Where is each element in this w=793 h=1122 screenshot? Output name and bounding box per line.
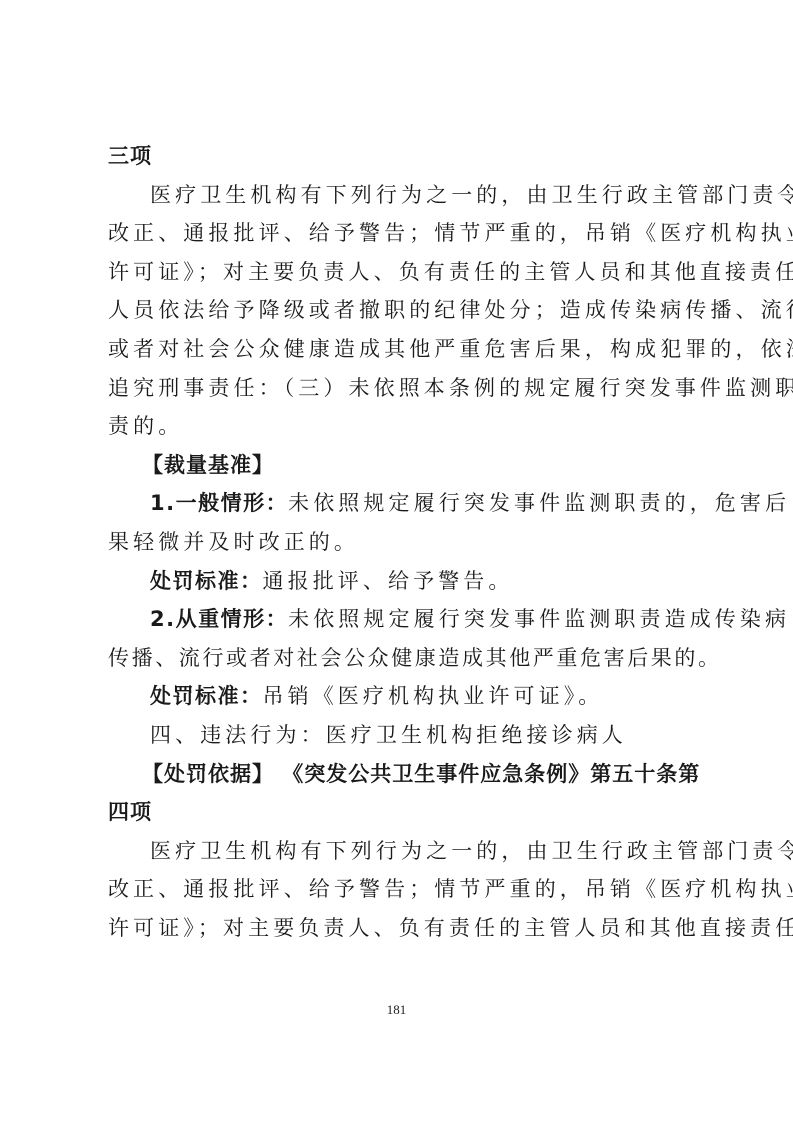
paragraph-line: 许可证》；对主要负责人、负有责任的主管人员和其他直接责任 — [108, 253, 692, 292]
paragraph-line: 或者对社会公众健康造成其他严重危害后果，构成犯罪的，依法 — [108, 330, 692, 369]
paragraph-line: 许可证》；对主要负责人、负有责任的主管人员和其他直接责任 — [108, 909, 692, 948]
penalty-standard-aggravated: 处罚标准：吊销《医疗机构执业许可证》。 — [108, 677, 692, 716]
page-number: 181 — [0, 1002, 793, 1018]
penalty-standard-label: 处罚标准： — [150, 684, 263, 708]
violation-item-four: 四、违法行为：医疗卫生机构拒绝接诊病人 — [108, 716, 692, 755]
paragraph-line: 果轻微并及时改正的。 — [108, 523, 692, 562]
general-case-label: 1.一般情形： — [150, 491, 288, 515]
penalty-standard-text: 通报批评、给予警告。 — [263, 569, 514, 593]
penalty-standard-general: 处罚标准：通报批评、给予警告。 — [108, 562, 692, 601]
document-page: 三项 医疗卫生机构有下列行为之一的，由卫生行政主管部门责令 改正、通报批评、给予… — [108, 137, 692, 947]
aggravated-case-label: 2.从重情形： — [150, 607, 288, 631]
heading-continuation: 三项 — [108, 137, 692, 176]
general-case-text: 未依照规定履行突发事件监测职责的，危害后 — [288, 491, 790, 515]
paragraph-line: 责的。 — [108, 407, 692, 446]
aggravated-case-paragraph: 2.从重情形：未依照规定履行突发事件监测职责造成传染病 传播、流行或者对社会公众… — [108, 600, 692, 677]
paragraph-line: 追究刑事责任：（三）未依照本条例的规定履行突发事件监测职 — [108, 369, 692, 408]
aggravated-case-text: 未依照规定履行突发事件监测职责造成传染病 — [288, 607, 790, 631]
paragraph-line: 医疗卫生机构有下列行为之一的，由卫生行政主管部门责令 — [108, 176, 692, 215]
paragraph-line: 传播、流行或者对社会公众健康造成其他严重危害后果的。 — [108, 639, 692, 678]
paragraph-article-text-2: 医疗卫生机构有下列行为之一的，由卫生行政主管部门责令 改正、通报批评、给予警告；… — [108, 832, 692, 948]
paragraph-line: 改正、通报批评、给予警告；情节严重的，吊销《医疗机构执业 — [108, 870, 692, 909]
paragraph-line: 2.从重情形：未依照规定履行突发事件监测职责造成传染病 — [108, 600, 692, 639]
paragraph-article-text-1: 医疗卫生机构有下列行为之一的，由卫生行政主管部门责令 改正、通报批评、给予警告；… — [108, 176, 692, 446]
penalty-basis-line: 【处罚依据】 《突发公共卫生事件应急条例》第五十条第 — [108, 755, 692, 794]
penalty-standard-label: 处罚标准： — [150, 569, 263, 593]
section-heading-discretion-standard: 【裁量基准】 — [108, 446, 692, 485]
penalty-standard-text: 吊销《医疗机构执业许可证》。 — [263, 684, 604, 708]
penalty-basis-heading: 【处罚依据】 《突发公共卫生事件应急条例》第五十条第 四项 — [108, 755, 692, 832]
paragraph-line: 1.一般情形：未依照规定履行突发事件监测职责的，危害后 — [108, 484, 692, 523]
paragraph-line: 改正、通报批评、给予警告；情节严重的，吊销《医疗机构执业 — [108, 214, 692, 253]
paragraph-line: 人员依法给予降级或者撤职的纪律处分；造成传染病传播、流行 — [108, 291, 692, 330]
general-case-paragraph: 1.一般情形：未依照规定履行突发事件监测职责的，危害后 果轻微并及时改正的。 — [108, 484, 692, 561]
paragraph-line: 医疗卫生机构有下列行为之一的，由卫生行政主管部门责令 — [108, 832, 692, 871]
penalty-basis-line: 四项 — [108, 793, 692, 832]
